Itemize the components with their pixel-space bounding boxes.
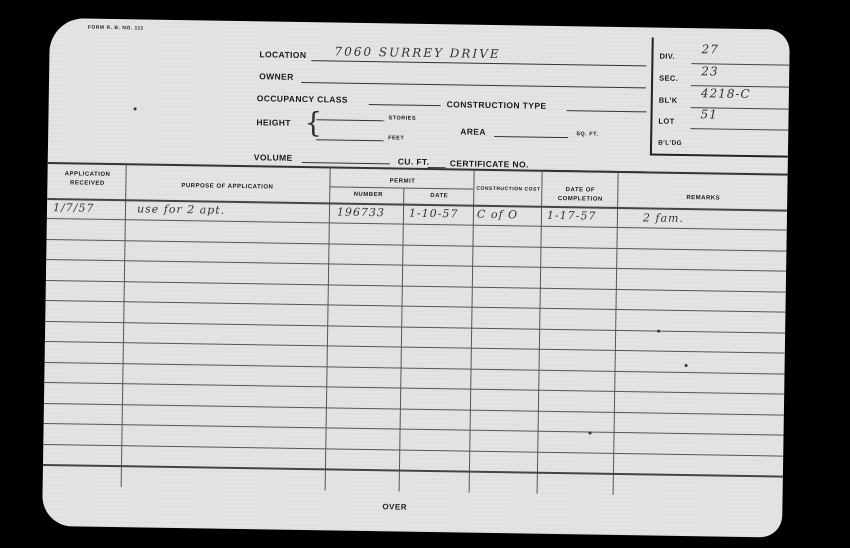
sec-value: 23 [701, 64, 718, 78]
row-line [45, 321, 785, 334]
column-divider [325, 168, 331, 490]
building-permit-card: FORM R. B. NO. 111 LOCATION 7060 SURREY … [42, 18, 790, 538]
cell-purpose: use for 2 apt. [137, 202, 225, 216]
cell-remarks: 2 fam. [643, 211, 684, 225]
height-brace: { [304, 108, 322, 138]
sec-label: SEC. [659, 74, 678, 83]
row-line [45, 341, 785, 354]
cell-date-of-completion: 1-17-57 [547, 209, 597, 223]
cu-ft-label: CU. FT. [398, 156, 430, 166]
row-line [43, 444, 783, 457]
speck [685, 364, 688, 367]
div-row: DIV. 27 [659, 46, 789, 68]
row-line [44, 423, 784, 436]
blk-value: 4218-C [701, 86, 751, 101]
header-construction-cost: CONSTRUCTION COST [475, 185, 541, 195]
row-line [44, 382, 784, 395]
area-label: AREA [460, 126, 486, 136]
area-line [494, 136, 568, 138]
bldg-row: B'L'DG [658, 132, 788, 154]
div-label: DIV. [659, 52, 675, 61]
parcel-box: DIV. 27 SEC. 23 BL'K 4218-C LOT 51 B'L'D… [650, 37, 790, 157]
location-line [311, 60, 646, 66]
header-purpose: PURPOSE OF APPLICATION [127, 181, 327, 193]
stories-label: STORIES [388, 115, 416, 121]
column-divider [121, 165, 127, 487]
div-value: 27 [701, 42, 718, 56]
speck [589, 432, 592, 435]
row-line [44, 403, 784, 416]
blk-label: BL'K [659, 96, 678, 105]
lot-label: LOT [658, 117, 674, 126]
sq-ft-label: SQ. FT. [576, 131, 598, 137]
location-label: LOCATION [259, 49, 306, 60]
cell-permit-number: 196733 [337, 206, 385, 220]
header-application-received: APPLICATION RECEIVED [53, 170, 121, 189]
speck [134, 107, 137, 110]
header-remarks: REMARKS [619, 193, 787, 205]
column-divider [469, 171, 475, 493]
row-line [47, 239, 787, 252]
row-line [46, 259, 786, 272]
occupancy-class-label: OCCUPANCY CLASS [257, 93, 348, 104]
cell-construction-cost: C of O [477, 208, 518, 222]
volume-line [302, 162, 390, 164]
column-divider [613, 173, 619, 495]
cell-permit-date: 1-10-57 [409, 207, 459, 221]
blk-row: BL'K 4218-C [659, 90, 789, 112]
row-line [43, 464, 783, 478]
bldg-label: B'L'DG [658, 140, 682, 147]
construction-type-line [567, 110, 647, 112]
feet-label: FEET [388, 135, 404, 141]
header-date-of-completion: DATE OF COMPLETION [543, 186, 617, 205]
location-value: 7060 SURREY DRIVE [334, 44, 500, 61]
lot-value: 51 [700, 107, 717, 121]
height-label: HEIGHT [256, 117, 291, 128]
application-table: APPLICATION RECEIVED PURPOSE OF APPLICAT… [43, 162, 788, 498]
column-divider [399, 188, 405, 492]
owner-label: OWNER [259, 71, 294, 82]
stories-line [316, 119, 384, 121]
row-line [45, 362, 785, 375]
speck [657, 330, 660, 333]
lot-line [690, 128, 788, 131]
header-permit-date: DATE [405, 192, 473, 202]
construction-type-label: CONSTRUCTION TYPE [447, 99, 547, 111]
column-divider [537, 172, 543, 494]
cell-application-received: 1/7/57 [53, 201, 95, 215]
owner-line [301, 82, 646, 88]
form-number: FORM R. B. NO. 111 [88, 25, 144, 32]
over-label: OVER [382, 502, 407, 511]
row-line [46, 280, 786, 293]
header-permit-number: NUMBER [331, 190, 405, 200]
occupancy-class-line [369, 104, 441, 106]
volume-label: VOLUME [254, 152, 293, 163]
feet-line [316, 139, 384, 141]
lot-row: LOT 51 [658, 111, 788, 133]
row-line [46, 300, 786, 313]
